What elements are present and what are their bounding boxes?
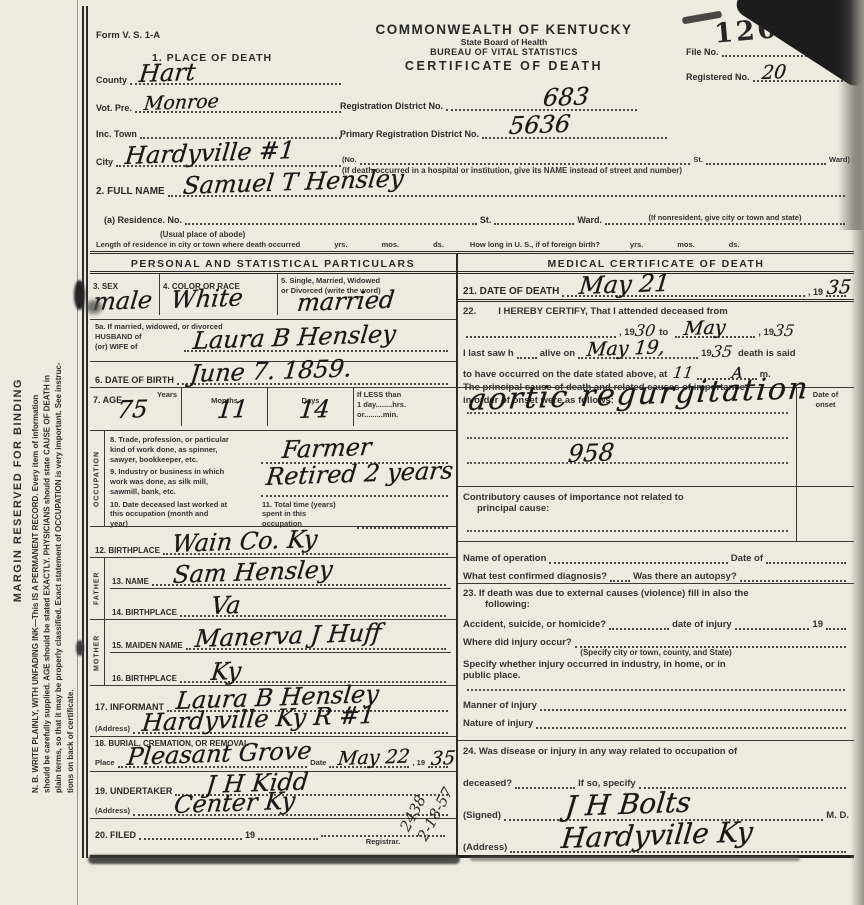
certificate-form: Form V. S. 1-A 1. PLACE OF DEATH County … — [90, 8, 854, 858]
informant-address-line: Hardyville Ky R #1 — [133, 723, 448, 734]
onset-column-extension — [796, 487, 854, 542]
binding-margin-text: MARGIN RESERVED FOR BINDING — [12, 378, 24, 602]
spouse-row: 5a. If married, widowed, or divorced HUS… — [90, 320, 456, 362]
precinct-label: Vot. Pre. — [96, 103, 132, 113]
county-value: Hart — [138, 60, 197, 86]
undertaker-address-label: (Address) — [95, 806, 130, 816]
occ9-label-2: work was done, as silk mill, — [110, 477, 258, 487]
nonresident-line: (If nonresident, give city or town and s… — [605, 214, 845, 225]
father-name-value: Sam Hensley — [172, 557, 334, 587]
ds-label: ds. — [729, 240, 740, 250]
spouse-line: Laura B Hensley — [184, 332, 448, 352]
father-birthplace-value: Va — [210, 593, 242, 618]
registered-no-line: 20 — [753, 71, 847, 82]
yrs-label: yrs. — [334, 240, 347, 250]
injury-year-line — [826, 619, 846, 630]
occ8-label-2: kind of work done, as spinner, — [110, 445, 258, 455]
residence-st-label: St. — [480, 215, 492, 225]
margin-note-line: N. B. WRITE PLAINLY, WITH UNFADING INK—T… — [30, 168, 42, 793]
last-saw-pronoun-line — [517, 348, 537, 359]
burial-date-value: May 22 — [337, 747, 411, 769]
st-label: St. — [693, 155, 703, 165]
bureau-title: BUREAU OF VITAL STATISTICS — [332, 47, 676, 57]
burial-place-label: Place — [95, 758, 115, 768]
mother-maiden-name-label: 15. MAIDEN NAME — [112, 641, 183, 650]
age-days-cell: Days 14 — [268, 388, 354, 426]
specify-label-1: Specify whether injury occurred in indus… — [463, 659, 849, 670]
death-is-said-label: death is said — [738, 348, 796, 359]
occ11-label-2: spent in this — [262, 509, 354, 519]
abode-note: (Usual place of abode) — [160, 230, 245, 240]
dod-year-printed: , 19 — [808, 287, 823, 297]
residence-st-line — [494, 214, 574, 225]
dob-row: 6. DATE OF BIRTH June 7. 1859. — [90, 362, 456, 388]
marital-value: married — [296, 288, 396, 315]
informant-address-label: (Address) — [95, 724, 130, 734]
registration-district-label: Registration District No. — [340, 101, 443, 111]
registered-no-label: Registered No. — [686, 72, 750, 82]
primary-district-label: Primary Registration District No. — [340, 129, 479, 139]
registration-district-line: 683 — [446, 100, 637, 111]
hospital-note-block: (No. St. Ward) (If death occurred in a h… — [342, 154, 850, 176]
residence-ward-label: Ward. — [577, 215, 602, 225]
date-of-death-value: May 21 — [578, 271, 671, 298]
years-label: Years — [157, 390, 177, 400]
father-side-label-box: FATHER — [90, 558, 105, 619]
precinct-value: Monroe — [143, 92, 220, 114]
physician-address-value: Hardyville Ky — [560, 818, 754, 853]
race-cell: 4. COLOR OR RACE White — [160, 274, 278, 315]
occ9-label-3: sawmill, bank, etc. — [110, 487, 258, 497]
county-field: County Hart — [96, 74, 344, 85]
city-line: Hardyville #1 — [116, 156, 341, 167]
specify-label-2: public place. — [463, 670, 849, 681]
margin-note-line: plain terms, so that it may be properly … — [53, 168, 65, 793]
dob-line: June 7. 1859. — [177, 374, 448, 385]
sex-cell: 3. SEX male — [90, 274, 160, 315]
hospital-note: (If death occurred in a hospital or inst… — [342, 166, 850, 176]
birthplace-line: Wain Co. Ky — [163, 544, 448, 555]
signed-label: (Signed) — [463, 810, 501, 821]
test-label: What test confirmed diagnosis? — [463, 571, 607, 582]
mother-birthplace-label: 16. BIRTHPLACE — [112, 674, 177, 683]
medical-certificate-section: MEDICAL CERTIFICATE OF DEATH 21. DATE OF… — [458, 254, 854, 855]
last-saw-label-1: I last saw h — [463, 348, 514, 359]
mother-maiden-name-line: Manerva J Huff — [186, 639, 446, 650]
undertaker-label: 19. UNDERTAKER — [95, 786, 172, 796]
spouse-label-3: (or) WIFE of — [95, 342, 181, 352]
age-months-value: 11 — [216, 397, 249, 422]
file-number-stamp: 12079 — [712, 9, 823, 49]
less-label-2: 1 day........hrs. — [357, 400, 453, 410]
date-of-death-row: 21. DATE OF DEATH May 21 , 19 35 — [458, 274, 854, 302]
burial-date-line: May 22 — [329, 757, 409, 768]
manner-of-injury-line — [540, 700, 846, 711]
date-of-label: Date of — [731, 553, 763, 564]
yrs-label: yrs. — [630, 240, 643, 250]
father-block: FATHER 13. NAME Sam Hensley 14. BIRTHPLA… — [90, 558, 456, 620]
occupation-side-label: OCCUPATION — [90, 431, 104, 526]
last-saw-year-value: 35 — [710, 342, 733, 361]
occupation-relation-row: 24. Was disease or injury in any way rel… — [458, 741, 854, 855]
mother-side-label-box: MOTHER — [90, 620, 105, 685]
sex-race-marital-row: 3. SEX male 4. COLOR OR RACE White 5. Si… — [90, 274, 456, 320]
autopsy-label: Was there an autopsy? — [633, 571, 737, 582]
mother-birthplace-value: Ky — [210, 659, 242, 684]
age-years-value: 75 — [116, 397, 149, 422]
nonresident-note: (If nonresident, give city or town and s… — [605, 213, 845, 222]
birthplace-value: Wain Co. Ky — [171, 527, 319, 556]
nature-of-injury-label: Nature of injury — [463, 718, 533, 729]
burial-year-line: 35 — [428, 757, 448, 768]
father-birthplace-line: Va — [180, 606, 446, 617]
last-saw-date-line: May 19, — [578, 348, 698, 359]
age-months-cell: Months 11 — [182, 388, 268, 426]
accident-label: Accident, suicide, or homicide? — [463, 619, 606, 630]
item-22-number: 22. — [463, 306, 476, 317]
undertaker-row: 19. UNDERTAKER J H Kidd (Address) Center… — [90, 772, 456, 819]
race-value: White — [170, 285, 244, 312]
city-label: City — [96, 157, 113, 167]
death-certificate-scan: MARGIN RESERVED FOR BINDING N. B. WRITE … — [0, 0, 864, 905]
attended-from-line — [466, 327, 616, 338]
birthplace-label: 12. BIRTHPLACE — [95, 546, 160, 555]
occ8-value: Farmer — [281, 435, 373, 462]
full-name-value: Samuel T Hensley — [182, 166, 405, 198]
mother-side-label: MOTHER — [90, 620, 104, 685]
occ8-label-3: sawyer, bookkeeper, etc. — [110, 455, 258, 465]
certify-bold: I HEREBY CERTIFY, — [498, 306, 588, 317]
ward-label: Ward) — [829, 155, 850, 165]
occ10-label-2: this occupation (month and — [110, 509, 258, 519]
accident-line — [609, 619, 669, 630]
margin-note-line: tions on back of certificate. — [65, 168, 77, 793]
binding-rule — [82, 6, 88, 858]
nature-of-injury-line — [536, 718, 846, 729]
test-line — [610, 571, 630, 582]
dob-value: June 7. 1859. — [189, 356, 353, 386]
sex-value: male — [92, 288, 153, 314]
burial-row: 18. BURIAL, CREMATION, OR REMOVAL Place … — [90, 737, 456, 772]
less-label-3: or.........min. — [357, 410, 453, 420]
agency-heading: COMMONWEALTH OF KENTUCKY State Board of … — [332, 22, 676, 73]
burial-place-line: Pleasant Grove — [118, 757, 308, 768]
no-line — [360, 154, 691, 165]
precinct-line: Monroe — [135, 102, 341, 113]
length-label: Length of residence in city or town wher… — [96, 240, 300, 250]
primary-district-value: 5636 — [508, 112, 572, 138]
occ11-label-1: 11. Total time (years) — [262, 500, 354, 510]
where-injury-line — [575, 637, 846, 648]
less-label-1: If LESS than — [357, 390, 453, 400]
cause-code-value: 958 — [567, 440, 615, 466]
physician-signature: J H Bolts — [564, 788, 692, 820]
injury-year-printed: 19 — [812, 619, 823, 630]
filed-year-line — [258, 829, 318, 840]
inc-town-field: Inc. Town — [96, 128, 344, 139]
signed-address-line: Hardyville Ky — [510, 842, 846, 853]
to-month-value: May — [683, 318, 727, 339]
marital-cell: 5. Single, Married, Widowed or Divorced … — [278, 274, 456, 315]
occupation-block: OCCUPATION 8. Trade, profession, or part… — [90, 431, 456, 527]
residence-no-line — [185, 214, 477, 225]
age-years-cell: 7. AGE Years 75 — [90, 388, 182, 426]
paper-fold-line — [77, 0, 78, 905]
q23-label-2: following: — [485, 599, 849, 610]
injury-date-line — [735, 619, 810, 630]
spouse-value: Laura B Hensley — [192, 322, 397, 353]
cause-line-1: aortic regurgitation — [467, 390, 788, 414]
mother-block: MOTHER 15. MAIDEN NAME Manerva J Huff 16… — [90, 620, 456, 686]
filed-year-printed: 19 — [245, 830, 255, 840]
county-line: Hart — [130, 74, 341, 85]
mos-label: mos. — [677, 240, 695, 250]
residence-label: (a) Residence. No. — [104, 215, 182, 225]
filed-date-line — [139, 829, 242, 840]
personal-statistical-section: PERSONAL AND STATISTICAL PARTICULARS 3. … — [90, 254, 458, 855]
operation-date-line — [766, 553, 846, 564]
certify-rest: That I attended deceased from — [588, 306, 728, 317]
occupation-side-label-box: OCCUPATION — [90, 431, 105, 526]
last-saw-label-2: alive on — [540, 348, 575, 359]
undertaker-address-value: Center Ky — [173, 789, 296, 817]
contributory-label-1: Contributory causes of importance not re… — [463, 492, 792, 503]
residence-field: (a) Residence. No. St. Ward. (If nonresi… — [104, 214, 848, 225]
operation-line — [549, 553, 727, 564]
attended-to-line: May — [675, 327, 755, 338]
signed-address-label: (Address) — [463, 842, 507, 853]
city-value: Hardyville #1 — [124, 138, 296, 168]
foreign-birth-label: How long in U. S., if of foreign birth? — [470, 240, 600, 250]
where-injury-note: (Specify city or town, county, and State… — [463, 648, 849, 658]
occ9-value: Retired 2 years — [265, 458, 454, 489]
q23-label-1: 23. If death was due to external causes … — [463, 588, 849, 599]
autopsy-line — [740, 571, 846, 582]
operation-label: Name of operation — [463, 553, 546, 564]
inc-town-label: Inc. Town — [96, 129, 137, 139]
marital-label-1: 5. Single, Married, Widowed — [281, 276, 453, 286]
occ9-label-1: 9. Industry or business in which — [110, 467, 258, 477]
informant-address-value: Hardyville Ky R #1 — [141, 703, 376, 735]
margin-note-line: should be carefully supplied. AGE should… — [42, 168, 54, 793]
length-of-residence-row: Length of residence in city or town wher… — [96, 240, 848, 250]
to-year-printed: , 19 — [758, 327, 774, 338]
deceased-label: deceased? — [463, 778, 512, 789]
last-saw-value: May 19, — [586, 338, 666, 360]
full-name-label: 2. FULL NAME — [96, 186, 165, 197]
personal-title: PERSONAL AND STATISTICAL PARTICULARS — [90, 254, 456, 274]
age-row: 7. AGE Years 75 Months 11 Days 14 — [90, 388, 456, 431]
primary-district-line: 5636 — [482, 128, 667, 139]
age-less-cell: If LESS than 1 day........hrs. or.......… — [354, 388, 456, 426]
city-field: City Hardyville #1 — [96, 156, 344, 167]
burial-place-value: Pleasant Grove — [126, 738, 313, 769]
occ9-line: Retired 2 years — [261, 471, 448, 497]
ds-label: ds. — [433, 240, 444, 250]
cause-line-3: 958 — [467, 439, 788, 464]
father-name-label: 13. NAME — [112, 577, 149, 586]
injury-date-label: date of injury — [672, 619, 732, 630]
board-title: State Board of Health — [332, 37, 676, 47]
contributory-row: Contributory causes of importance not re… — [458, 487, 854, 543]
dob-label: 6. DATE OF BIRTH — [95, 375, 174, 385]
mos-label: mos. — [382, 240, 400, 250]
father-name-line: Sam Hensley — [152, 575, 446, 586]
filing-block: 12079 File No. Registered No. 20 — [686, 14, 850, 82]
informant-row: 17. INFORMANT Laura B Hensley (Address) … — [90, 686, 456, 737]
md-label: M. D. — [826, 810, 849, 821]
q24-label-1: 24. Was disease or injury in any way rel… — [463, 746, 849, 757]
burial-year-value: 35 — [430, 749, 456, 769]
registered-no-field: Registered No. 20 — [686, 71, 850, 82]
contributory-line — [467, 514, 788, 532]
father-birthplace-label: 14. BIRTHPLACE — [112, 608, 177, 617]
to-year-value: 35 — [773, 321, 796, 340]
manner-of-injury-label: Manner of injury — [463, 700, 537, 711]
last-saw-year-printed: 19 — [701, 348, 712, 359]
spouse-label-2: HUSBAND of — [95, 332, 181, 342]
date-of-death-line: May 21 — [562, 286, 805, 297]
registration-district-value: 683 — [542, 84, 590, 110]
cause-of-death-row: Date of onset aortic regurgitation 958 — [458, 388, 854, 487]
burial-date-label: Date — [310, 758, 326, 768]
commonwealth-title: COMMONWEALTH OF KENTUCKY — [332, 22, 676, 37]
form-code: Form V. S. 1-A — [96, 30, 160, 41]
father-side-label: FATHER — [90, 558, 104, 619]
no-label: (No. — [342, 155, 357, 165]
precinct-field: Vot. Pre. Monroe — [96, 102, 344, 113]
specify-line — [467, 681, 845, 691]
from-year-printed: , 19 — [619, 327, 635, 338]
cause-line-2 — [467, 414, 788, 439]
deceased-line — [515, 778, 575, 789]
margin-note: N. B. WRITE PLAINLY, WITH UNFADING INK—T… — [30, 168, 76, 793]
dod-year-line: 35 — [826, 286, 846, 297]
occ8-label-1: 8. Trade, profession, or particular — [110, 435, 258, 445]
mother-maiden-name-value: Manerva J Huff — [194, 620, 383, 651]
birthplace-row: 12. BIRTHPLACE Wain Co. Ky — [90, 527, 456, 558]
operation-test-row: Name of operation Date of What test conf… — [458, 542, 854, 584]
occ10-label-1: 10. Date deceased last worked at — [110, 500, 258, 510]
where-injury-label: Where did injury occur? — [463, 637, 572, 648]
file-no-line — [722, 46, 847, 57]
dod-year-value: 35 — [826, 278, 852, 298]
primary-district-field: Primary Registration District No. 5636 — [340, 128, 670, 139]
burial-year-printed: , 19 — [412, 758, 425, 768]
date-of-death-label: 21. DATE OF DEATH — [463, 286, 559, 297]
certificate-title: CERTIFICATE OF DEATH — [332, 59, 676, 73]
filed-label: 20. FILED — [95, 830, 136, 840]
registered-no-value: 20 — [761, 63, 787, 83]
age-days-value: 14 — [298, 397, 331, 422]
form-header: Form V. S. 1-A 1. PLACE OF DEATH County … — [90, 8, 854, 254]
file-no-field: File No. — [686, 46, 850, 57]
file-no-label: File No. — [686, 47, 719, 57]
external-causes-row: 23. If death was due to external causes … — [458, 584, 854, 741]
registration-district-field: Registration District No. 683 — [340, 100, 640, 111]
contributory-label-2: principal cause: — [477, 503, 792, 514]
county-label: County — [96, 75, 127, 85]
full-name-field: 2. FULL NAME Samuel T Hensley — [96, 186, 848, 197]
full-name-line: Samuel T Hensley — [168, 186, 845, 197]
st-line — [706, 154, 826, 165]
